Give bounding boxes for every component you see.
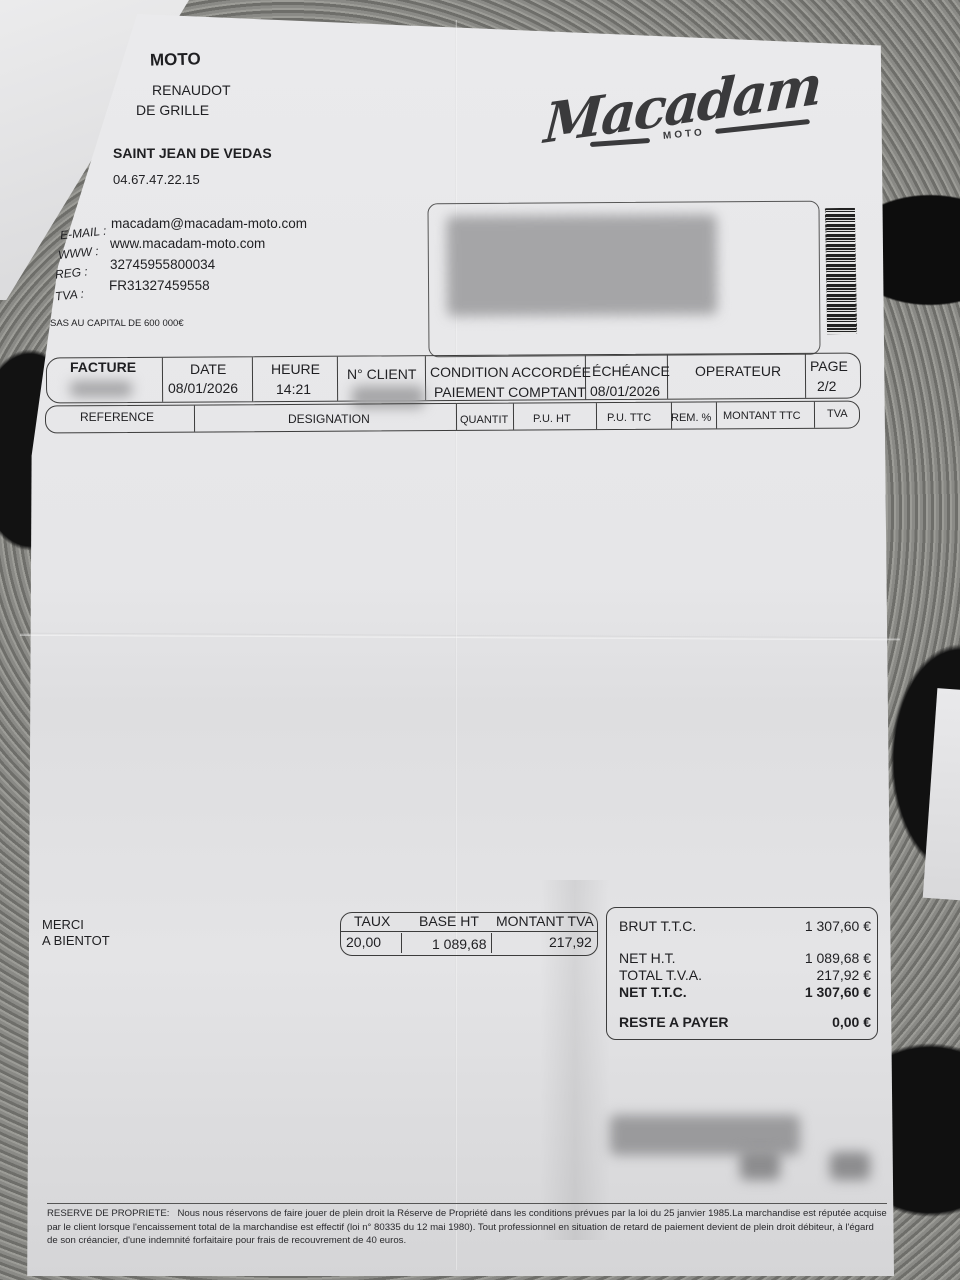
tax-base-ht-value: 1 089,68 <box>432 936 487 952</box>
logo-sub: MOTO <box>663 127 706 142</box>
tax-header-base-ht: BASE HT <box>419 913 479 929</box>
facture-label: FACTURE <box>70 359 136 375</box>
legal-text: Nous nous réservons de faire jouer de pl… <box>47 1208 887 1246</box>
legal-separator <box>47 1203 887 1204</box>
barcode-icon <box>825 208 857 335</box>
col-remise: REM. % <box>671 412 711 424</box>
total-tva-label: TOTAL T.V.A. <box>619 967 702 983</box>
col-quantite: QUANTIT <box>460 414 508 426</box>
company-name: MOTO <box>150 49 201 70</box>
heure-label: HEURE <box>271 361 320 377</box>
separator <box>401 933 402 953</box>
reste-a-payer-value: 0,00 € <box>832 1014 871 1030</box>
tva-value: FR31327459558 <box>109 278 210 293</box>
total-net-ht: NET H.T. 1 089,68 € <box>619 950 871 966</box>
redacted-block <box>830 1152 870 1180</box>
tax-header-montant-tva: MONTANT TVA <box>496 913 594 929</box>
total-net-ht-label: NET H.T. <box>619 950 676 966</box>
separator <box>456 404 457 430</box>
heure-value: 14:21 <box>276 381 311 397</box>
echeance-value: 08/01/2026 <box>590 383 660 399</box>
col-designation: DESIGNATION <box>288 412 370 426</box>
operateur-label: OPERATEUR <box>695 363 781 379</box>
col-tva: TVA <box>827 408 848 420</box>
separator <box>341 931 597 932</box>
legal-notice: RESERVE DE PROPRIETE: Nous nous réservon… <box>47 1207 887 1248</box>
background-paper-right <box>923 688 960 902</box>
separator <box>814 402 815 428</box>
condition-value: PAIEMENT COMPTANT <box>434 384 586 400</box>
footer-a-bientot: A BIENTOT <box>42 933 110 948</box>
redacted-footer-area <box>610 1110 870 1190</box>
total-brut-ttc-value: 1 307,60 € <box>805 918 871 934</box>
total-net-ttc: NET T.T.C. 1 307,60 € <box>619 984 871 1000</box>
separator <box>194 406 195 432</box>
page-label: PAGE <box>810 358 848 374</box>
redacted-block <box>610 1115 800 1155</box>
www-value: www.macadam-moto.com <box>110 236 265 251</box>
reg-value: 32745955800034 <box>110 257 215 272</box>
company-address-line1: RENAUDOT <box>152 82 231 98</box>
total-tva-value: 217,92 € <box>817 967 872 983</box>
separator <box>252 357 253 401</box>
footer-merci: MERCI <box>42 917 84 932</box>
totals-box: BRUT T.T.C. 1 307,60 € NET H.T. 1 089,68… <box>606 907 878 1040</box>
redacted-invoice-number <box>70 381 132 397</box>
tax-montant-tva-value: 217,92 <box>549 934 592 950</box>
total-brut-ttc: BRUT T.T.C. 1 307,60 € <box>619 918 871 934</box>
company-city: SAINT JEAN DE VEDAS <box>113 145 272 161</box>
total-net-ttc-label: NET T.T.C. <box>619 984 687 1000</box>
separator <box>425 356 426 400</box>
separator <box>716 402 717 428</box>
redacted-block <box>740 1150 780 1180</box>
separator <box>162 358 163 402</box>
col-montant-ttc: MONTANT TTC <box>723 410 801 422</box>
macadam-logo: Macadam MOTO <box>535 72 845 182</box>
tax-header-taux: TAUX <box>354 913 390 929</box>
col-reference: REFERENCE <box>80 410 154 424</box>
company-phone: 04.67.47.22.15 <box>113 172 200 187</box>
client-label: N° CLIENT <box>347 366 416 382</box>
date-value: 08/01/2026 <box>168 380 238 396</box>
col-pu-ht: P.U. HT <box>533 413 571 425</box>
separator <box>805 354 806 398</box>
total-net-ttc-value: 1 307,60 € <box>805 984 871 1000</box>
col-pu-ttc: P.U. TTC <box>607 412 651 424</box>
page-value: 2/2 <box>817 378 836 394</box>
redacted-address <box>447 214 718 316</box>
echeance-label: ÉCHÉANCE <box>592 363 670 379</box>
separator <box>513 404 514 430</box>
separator <box>491 933 492 953</box>
separator <box>337 357 338 401</box>
total-tva: TOTAL T.V.A. 217,92 € <box>619 967 871 983</box>
total-reste-a-payer: RESTE A PAYER 0,00 € <box>619 1014 871 1030</box>
tva-label: TVA : <box>54 287 84 304</box>
condition-label: CONDITION ACCORDÉE <box>430 364 591 380</box>
separator <box>596 403 597 429</box>
reste-a-payer-label: RESTE A PAYER <box>619 1014 728 1030</box>
total-brut-ttc-label: BRUT T.T.C. <box>619 918 696 934</box>
tax-taux-value: 20,00 <box>346 934 381 950</box>
legal-title: RESERVE DE PROPRIETE: <box>47 1208 169 1219</box>
date-label: DATE <box>190 361 226 377</box>
company-capital: SAS AU CAPITAL DE 600 000€ <box>50 318 184 329</box>
email-value: macadam@macadam-moto.com <box>111 216 307 231</box>
company-address-line2: DE GRILLE <box>136 102 209 118</box>
total-net-ht-value: 1 089,68 € <box>805 950 871 966</box>
recipient-address-box <box>427 201 820 358</box>
